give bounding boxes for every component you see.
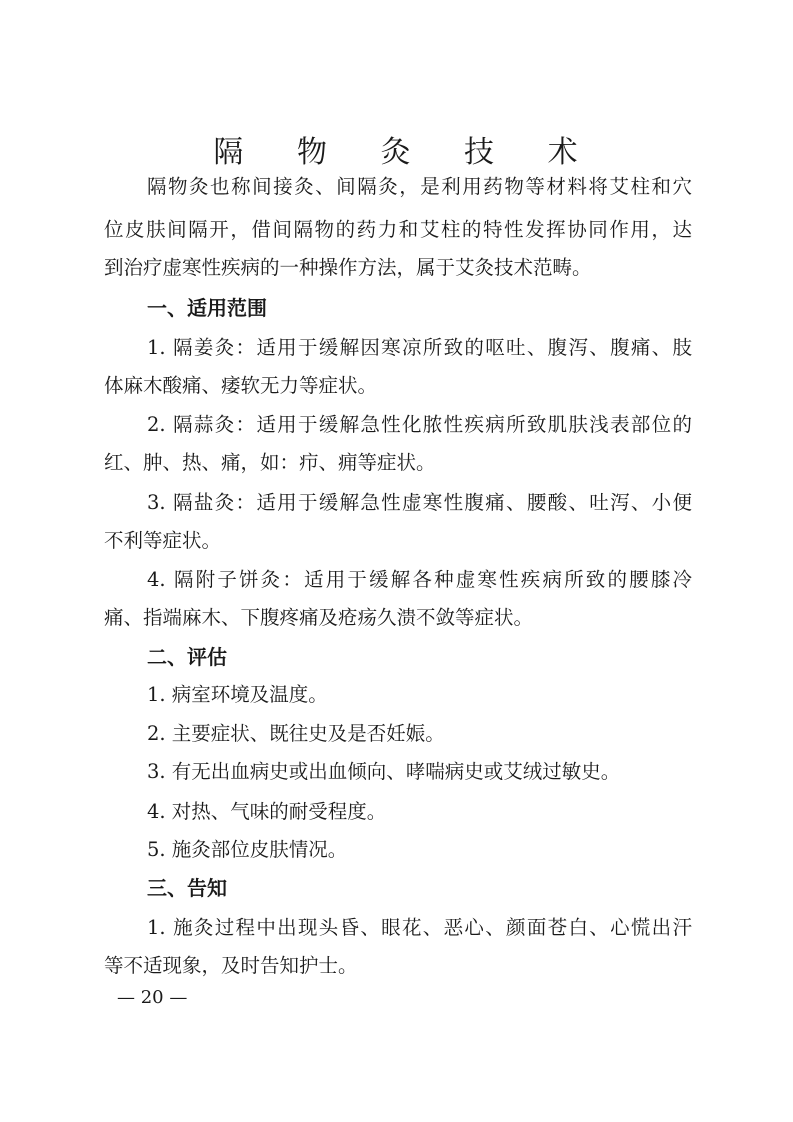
scope-line-3: 2. 隔蒜灸：适用于缓解急性化脓性疾病所致肌肤浅表部位的 bbox=[147, 406, 692, 444]
section-heading-assessment: 二、评估 bbox=[147, 638, 692, 676]
section-heading-notification: 三、告知 bbox=[147, 869, 692, 907]
assessment-line-1: 1. 病室环境及温度。 bbox=[147, 676, 692, 714]
intro-line-1: 隔物灸也称间接灸、间隔灸，是利用药物等材料将艾柱和穴 bbox=[147, 168, 692, 206]
scope-line-7: 4. 隔附子饼灸：适用于缓解各种虚寒性疾病所致的腰膝冷 bbox=[147, 561, 692, 599]
assessment-line-3: 3. 有无出血病史或出血倾向、哮喘病史或艾绒过敏史。 bbox=[147, 753, 692, 791]
intro-line-3: 到治疗虚寒性疾病的一种操作方法，属于艾灸技术范畴。 bbox=[104, 249, 692, 287]
scope-line-2: 体麻木酸痛、痿软无力等症状。 bbox=[104, 367, 692, 405]
assessment-line-2: 2. 主要症状、既往史及是否妊娠。 bbox=[147, 715, 692, 753]
notification-line-2: 等不适现象，及时告知护士。 bbox=[104, 947, 692, 985]
document-title: 隔 物 灸 技 术 bbox=[0, 127, 793, 171]
page-number: — 20 — bbox=[117, 987, 187, 1008]
notification-line-1: 1. 施灸过程中出现头昏、眼花、恶心、颜面苍白、心慌出汗 bbox=[147, 909, 692, 947]
scope-line-4: 红、肿、热、痛，如：疖、痈等症状。 bbox=[104, 444, 692, 482]
section-heading-scope: 一、适用范围 bbox=[147, 289, 692, 327]
scope-line-6: 不利等症状。 bbox=[104, 522, 692, 560]
scope-line-1: 1. 隔姜灸：适用于缓解因寒凉所致的呕吐、腹泻、腹痛、肢 bbox=[147, 329, 692, 367]
scope-line-5: 3. 隔盐灸：适用于缓解急性虚寒性腹痛、腰酸、吐泻、小便 bbox=[147, 484, 692, 522]
scope-line-8: 痛、指端麻木、下腹疼痛及疮疡久溃不敛等症状。 bbox=[104, 599, 692, 637]
assessment-line-4: 4. 对热、气味的耐受程度。 bbox=[147, 793, 692, 831]
intro-line-2: 位皮肤间隔开，借间隔物的药力和艾柱的特性发挥协同作用，达 bbox=[104, 211, 692, 249]
assessment-line-5: 5. 施灸部位皮肤情况。 bbox=[147, 831, 692, 869]
